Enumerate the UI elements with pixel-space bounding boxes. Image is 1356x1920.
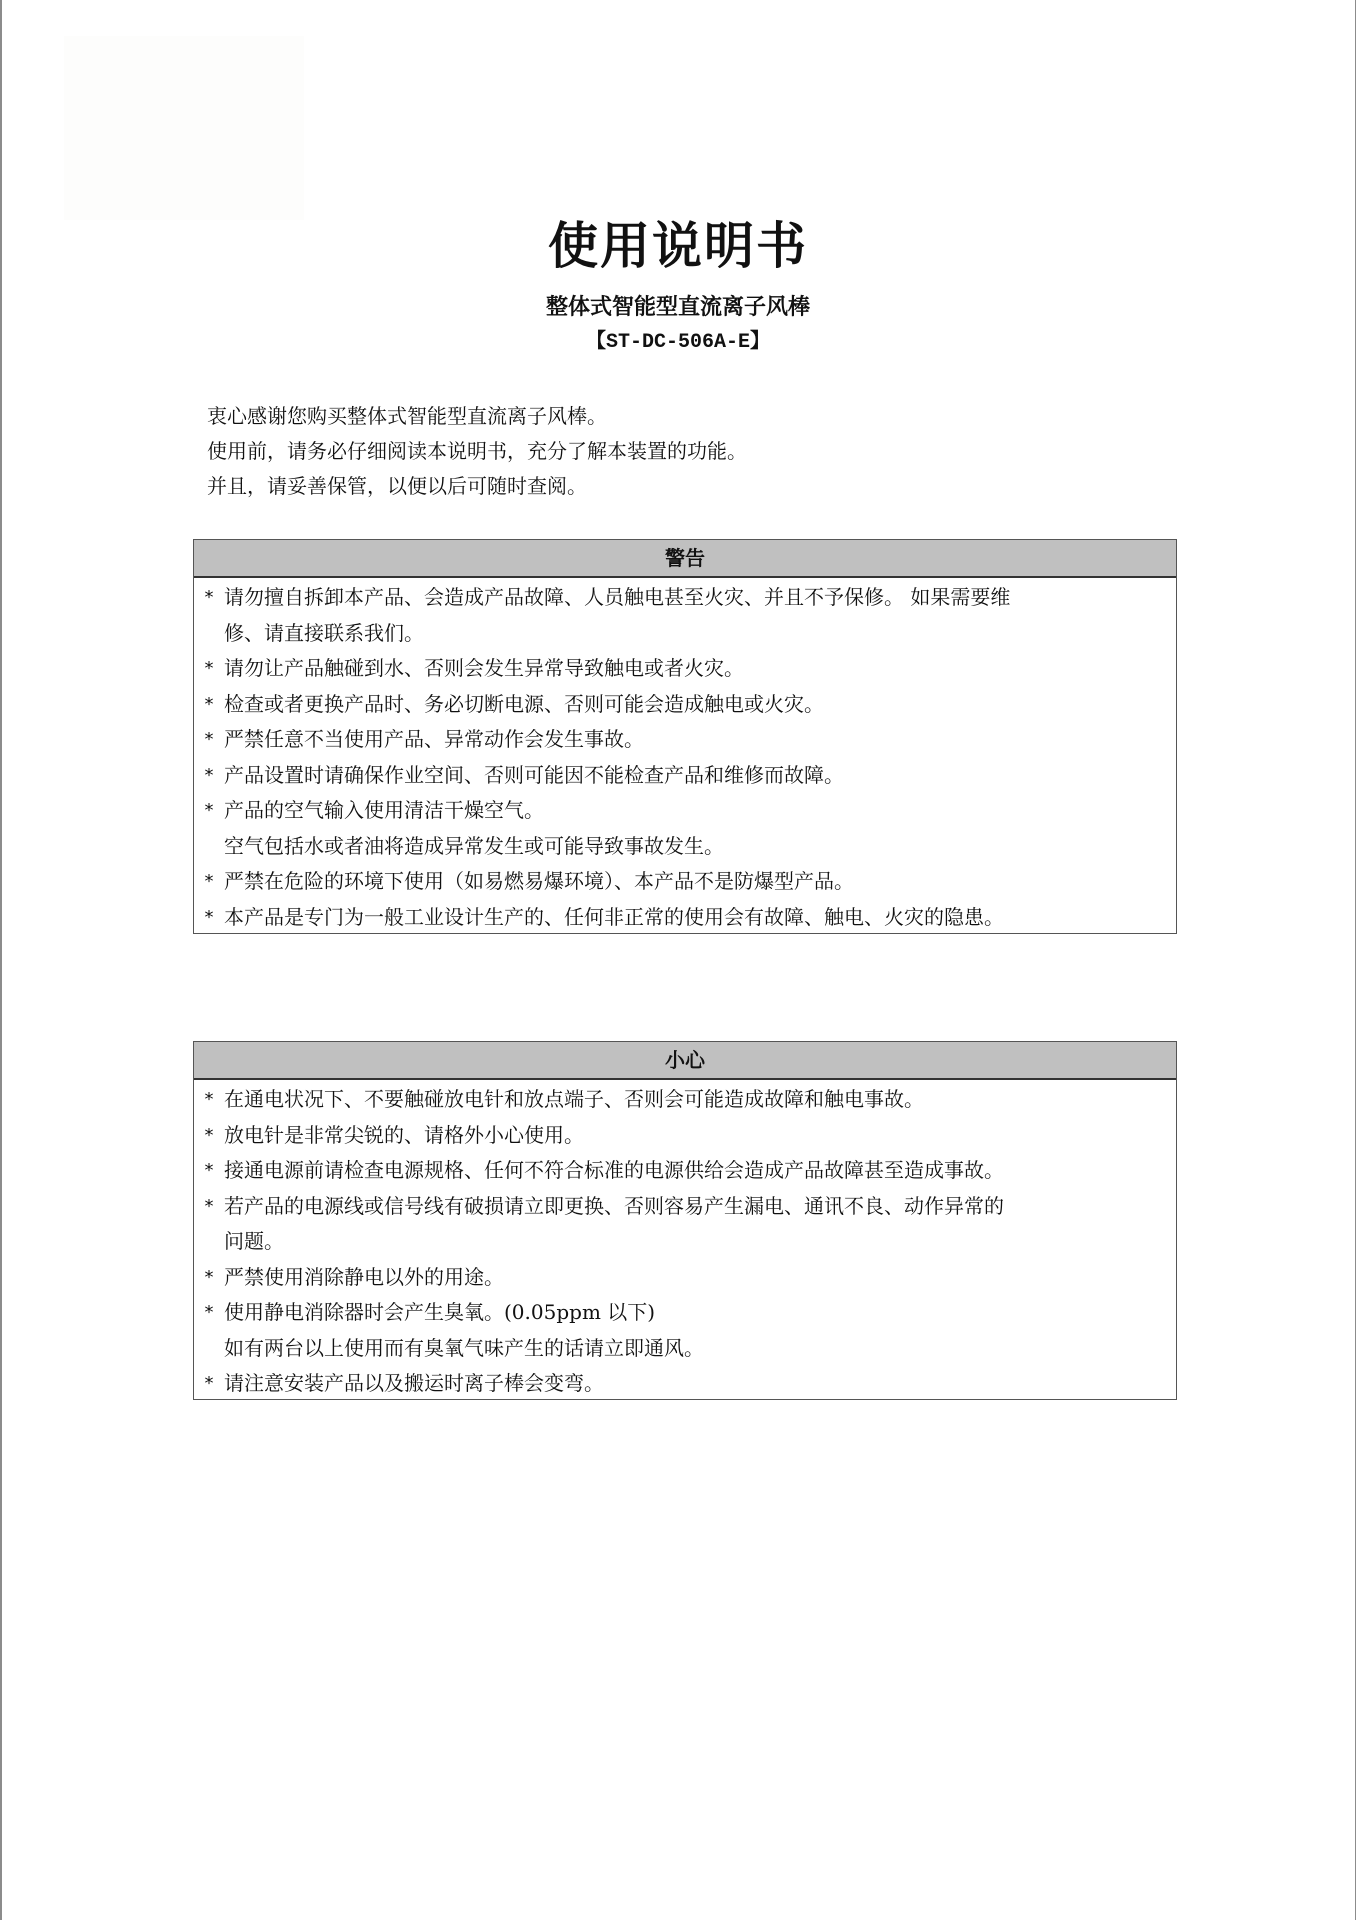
warning-text: 修、请直接联系我们。 — [224, 616, 1166, 652]
asterisk-bullet-icon: * — [194, 864, 224, 900]
caution-item: * 放电针是非常尖锐的、请格外小心使用。 — [194, 1118, 1176, 1154]
asterisk-bullet-icon: * — [194, 1260, 224, 1296]
warning-list: * 请勿擅自拆卸本产品、会造成产品故障、人员触电甚至火灾、并且不予保修。 如果需… — [194, 578, 1176, 939]
asterisk-bullet-icon: * — [194, 722, 224, 758]
model-number: 【ST-DC-506A-E】 — [0, 328, 1356, 358]
warning-item: * 严禁任意不当使用产品、异常动作会发生事故。 — [194, 722, 1176, 758]
asterisk-bullet-icon: * — [194, 1082, 224, 1118]
asterisk-bullet-icon: * — [194, 758, 224, 794]
intro-line: 并且，请妥善保管，以便以后可随时查阅。 — [207, 469, 1167, 504]
asterisk-bullet-icon: * — [194, 793, 224, 864]
warning-box: 警告 * 请勿擅自拆卸本产品、会造成产品故障、人员触电甚至火灾、并且不予保修。 … — [193, 539, 1177, 934]
caution-text: 请注意安装产品以及搬运时离子棒会变弯。 — [224, 1366, 1166, 1402]
caution-item: * 接通电源前请检查电源规格、任何不符合标准的电源供给会造成产品故障甚至造成事故… — [194, 1153, 1176, 1189]
caution-text: 如有两台以上使用而有臭氧气味产生的话请立即通风。 — [224, 1331, 1166, 1367]
caution-text: 在通电状况下、不要触碰放电针和放点端子、否则会可能造成故障和触电事故。 — [224, 1082, 1166, 1118]
warning-item: * 严禁在危险的环境下使用（如易燃易爆环境）、本产品不是防爆型产品。 — [194, 864, 1176, 900]
caution-text: 放电针是非常尖锐的、请格外小心使用。 — [224, 1118, 1166, 1154]
caution-box: 小心 * 在通电状况下、不要触碰放电针和放点端子、否则会可能造成故障和触电事故。… — [193, 1041, 1177, 1400]
warning-text: 产品的空气输入使用清洁干燥空气。 — [224, 793, 1166, 829]
warning-item: * 本产品是专门为一般工业设计生产的、任何非正常的使用会有故障、触电、火灾的隐患… — [194, 900, 1176, 936]
caution-item: * 使用静电消除器时会产生臭氧。(0.05ppm 以下) 如有两台以上使用而有臭… — [194, 1295, 1176, 1366]
intro-paragraphs: 衷心感谢您购买整体式智能型直流离子风棒。 使用前，请务必仔细阅读本说明书，充分了… — [207, 399, 1167, 504]
warning-item: * 产品设置时请确保作业空间、否则可能因不能检查产品和维修而故障。 — [194, 758, 1176, 794]
asterisk-bullet-icon: * — [194, 1366, 224, 1402]
page-edge-left — [0, 0, 2, 1920]
caution-text: 若产品的电源线或信号线有破损请立即更换、否则容易产生漏电、通讯不良、动作异常的 — [224, 1189, 1166, 1225]
warning-text: 严禁任意不当使用产品、异常动作会发生事故。 — [224, 722, 1166, 758]
asterisk-bullet-icon: * — [194, 1153, 224, 1189]
caution-list: * 在通电状况下、不要触碰放电针和放点端子、否则会可能造成故障和触电事故。 * … — [194, 1080, 1176, 1406]
faint-watermark — [64, 36, 304, 220]
caution-item: * 在通电状况下、不要触碰放电针和放点端子、否则会可能造成故障和触电事故。 — [194, 1082, 1176, 1118]
warning-item: * 请勿让产品触碰到水、否则会发生异常导致触电或者火灾。 — [194, 651, 1176, 687]
warning-text: 请勿让产品触碰到水、否则会发生异常导致触电或者火灾。 — [224, 651, 1166, 687]
intro-line: 衷心感谢您购买整体式智能型直流离子风棒。 — [207, 399, 1167, 434]
asterisk-bullet-icon: * — [194, 687, 224, 723]
caution-text: 严禁使用消除静电以外的用途。 — [224, 1260, 1166, 1296]
asterisk-bullet-icon: * — [194, 580, 224, 651]
asterisk-bullet-icon: * — [194, 1295, 224, 1366]
intro-line: 使用前，请务必仔细阅读本说明书，充分了解本装置的功能。 — [207, 434, 1167, 469]
caution-item: * 若产品的电源线或信号线有破损请立即更换、否则容易产生漏电、通讯不良、动作异常… — [194, 1189, 1176, 1260]
warning-header: 警告 — [194, 540, 1176, 578]
asterisk-bullet-icon: * — [194, 1118, 224, 1154]
caution-text: 问题。 — [224, 1224, 1166, 1260]
warning-text: 请勿擅自拆卸本产品、会造成产品故障、人员触电甚至火灾、并且不予保修。 如果需要维 — [224, 580, 1166, 616]
warning-item: * 请勿擅自拆卸本产品、会造成产品故障、人员触电甚至火灾、并且不予保修。 如果需… — [194, 580, 1176, 651]
asterisk-bullet-icon: * — [194, 900, 224, 936]
warning-item: * 产品的空气输入使用清洁干燥空气。 空气包括水或者油将造成异常发生或可能导致事… — [194, 793, 1176, 864]
asterisk-bullet-icon: * — [194, 1189, 224, 1260]
warning-text: 空气包括水或者油将造成异常发生或可能导致事故发生。 — [224, 829, 1166, 865]
warning-text: 产品设置时请确保作业空间、否则可能因不能检查产品和维修而故障。 — [224, 758, 1166, 794]
warning-text: 本产品是专门为一般工业设计生产的、任何非正常的使用会有故障、触电、火灾的隐患。 — [224, 900, 1166, 936]
warning-text: 检查或者更换产品时、务必切断电源、否则可能会造成触电或火灾。 — [224, 687, 1166, 723]
caution-item: * 严禁使用消除静电以外的用途。 — [194, 1260, 1176, 1296]
product-name: 整体式智能型直流离子风棒 — [0, 292, 1356, 322]
caution-text: 接通电源前请检查电源规格、任何不符合标准的电源供给会造成产品故障甚至造成事故。 — [224, 1153, 1166, 1189]
warning-item: * 检查或者更换产品时、务必切断电源、否则可能会造成触电或火灾。 — [194, 687, 1176, 723]
caution-header: 小心 — [194, 1042, 1176, 1080]
warning-text: 严禁在危险的环境下使用（如易燃易爆环境）、本产品不是防爆型产品。 — [224, 864, 1166, 900]
caution-text: 使用静电消除器时会产生臭氧。(0.05ppm 以下) — [224, 1295, 1166, 1331]
asterisk-bullet-icon: * — [194, 651, 224, 687]
caution-item: * 请注意安装产品以及搬运时离子棒会变弯。 — [194, 1366, 1176, 1402]
page-title: 使用说明书 — [0, 214, 1356, 278]
